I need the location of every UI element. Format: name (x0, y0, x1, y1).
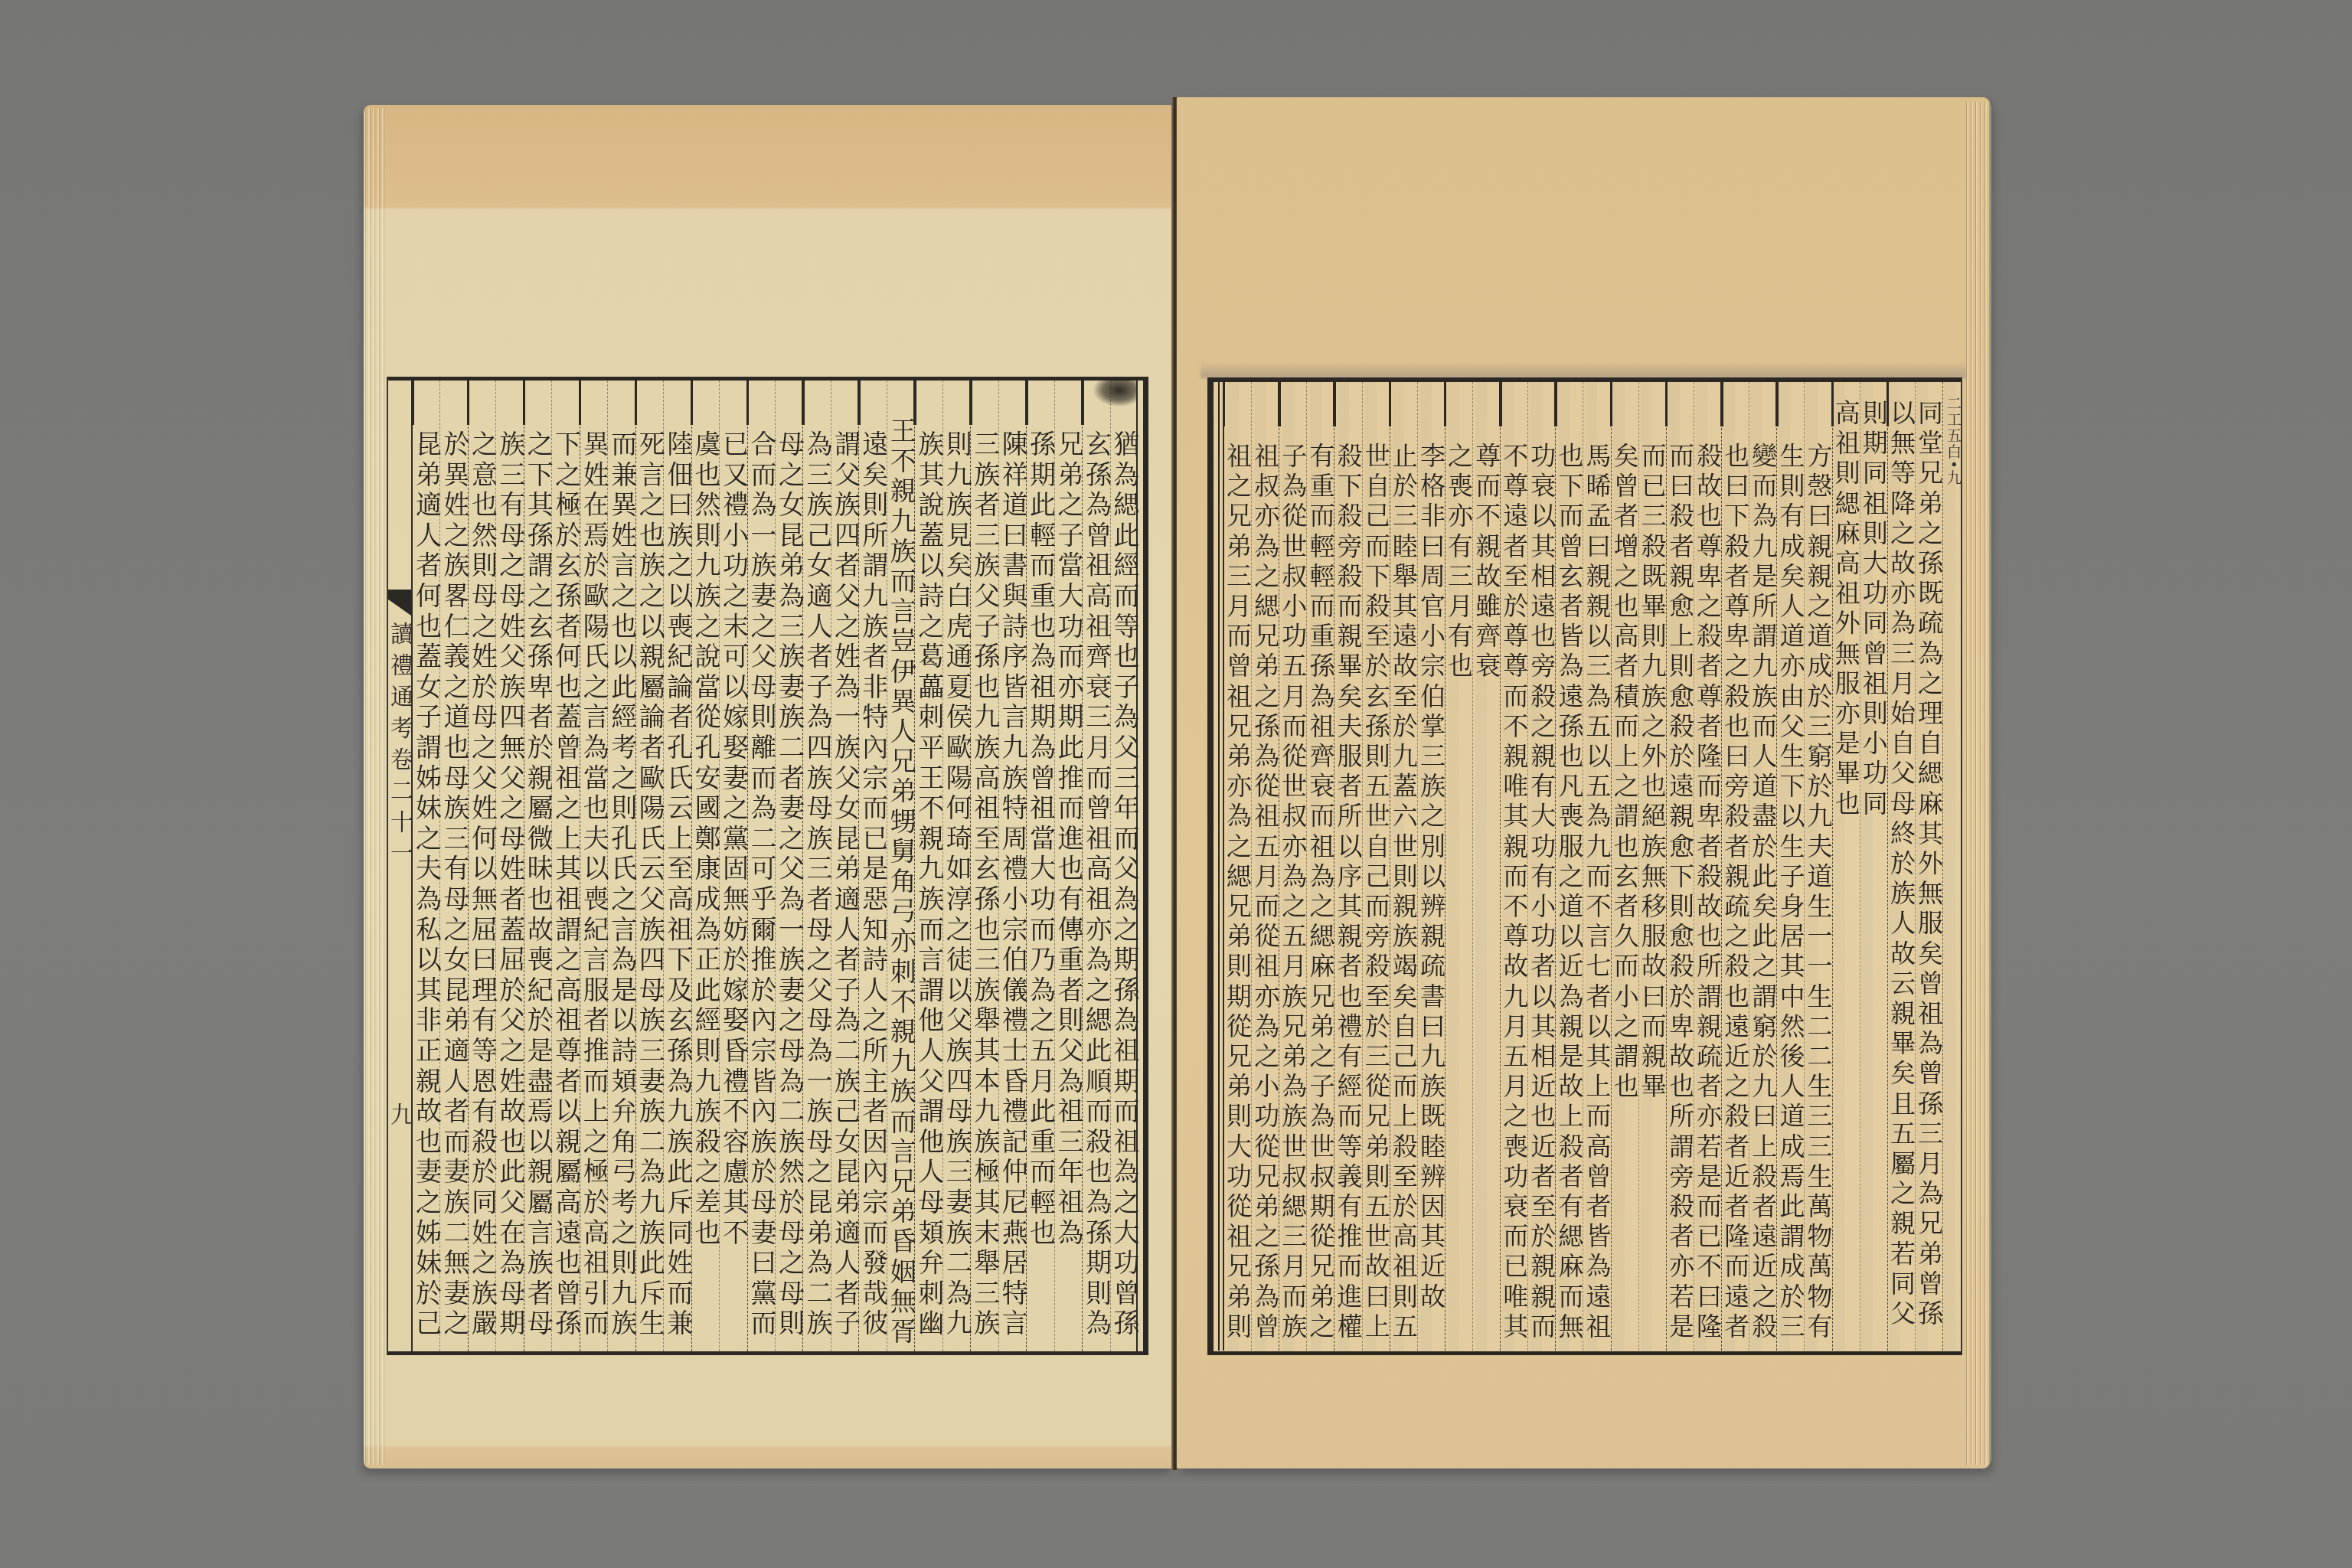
text-column: 同堂兄弟之孫既疏為之理自緦麻其外無服矣曾祖為曾孫三月為兄弟曾孫 (1915, 382, 1942, 1351)
column-pair: 尊而不親故雖齊衰 之喪亦有三月有也 (1445, 382, 1500, 1351)
column-pair: 方愨曰親親之道成於三窮於九夫道生一一生二二生三三生萬物萬物有 生則有成矣人道亦由… (1776, 382, 1831, 1351)
column-pair: 族三有母之母姓父族四無父之母姓者蓋屈於父之姓故也此父在為母期 之意也然則母之姓於… (468, 381, 524, 1351)
right-text-columns: 同堂兄弟之孫既疏為之理自緦麻其外無服矣曾祖為曾孫三月為兄弟曾孫 以無等降之故亦為… (1223, 382, 1943, 1351)
text-column: 玄孫為曾祖高祖齊衰三月而曾祖高祖亦為之緦此順而殺也為孫期則為 (1083, 381, 1109, 1351)
column-pair: 祖叔亦為之緦兄弟之孫為從祖五月而從祖亦為之小功從兄弟之孫為曾 祖之兄弟三月而曾祖… (1223, 382, 1279, 1351)
marginal-stamp-number: 二工五白•九 (1945, 396, 1962, 503)
column-pair: 馬晞孟曰親親以三為五以五為九而不言七者以其上而高曾者皆為遠祖 也下而曾玄者皆為遠… (1555, 382, 1610, 1351)
text-column: 猶為緦此經而等也子為父三年而父為之期孫為祖期而祖為之大功曾孫 (1110, 381, 1138, 1351)
text-column: 謂父族四者父之姓為一族父女昆弟適人者子為二族己女昆弟適人者子 (831, 381, 858, 1351)
text-column: 變而為九是所謂九族而人道盡於此矣此之謂窮於九曰上殺者遠近之殺 (1749, 382, 1776, 1351)
column-pair: 陸佃曰族之以喪紀論者孔氏云上至高祖下及玄孫為九族此斥同姓而兼 死言之也族之以親屬… (635, 381, 691, 1351)
text-column: 矣曾者增之也高者積而上之謂也玄者久而小之謂也 (1612, 382, 1638, 1351)
column-pair: 世自己而下殺至於玄孫則五世自己而旁殺至於三從兄弟則五世故曰上 殺下殺旁殺而親畢矣… (1334, 382, 1389, 1351)
text-column: 異姓在焉於歐陽氏之言為當也夫以喪紀言服者推而上之極於高祖引而 (580, 381, 607, 1351)
text-column: 之下其孫謂之玄孫卑者於親屬微昧也故喪紀於是盡焉以親屬言族者母 (524, 381, 551, 1351)
text-column: 不尊遠者至於尊尊而不親唯其親而不尊故九月五月之喪功衰而已唯其 (1501, 382, 1527, 1351)
text-column: 功衰以其相遠也旁殺之親有大功有小功者以其相近也近者至於親親而 (1527, 382, 1555, 1351)
text-column: 方愨曰親親之道成於三窮於九夫道生一一生二二生三三生萬物萬物有 (1804, 382, 1831, 1351)
text-column: 祖叔亦為之緦兄弟之孫為從祖五月而從祖亦為之小功從兄弟之孫為曾 (1251, 382, 1279, 1351)
column-pair: 王不親九族而言豈伊異人兄弟甥舅角弓亦刺不親九族而言兄弟昏姻無胥 遠矣則所謂九族者… (858, 381, 914, 1351)
text-column: 母之女昆弟為三族妻族二者妻之父為一族妻之母為二族然於母之母則 (775, 381, 802, 1351)
column-pair: 變而為九是所謂九族而人道盡於此矣此之謂窮於九曰上殺者遠近之殺 也曰下殺者尊卑之殺… (1721, 382, 1776, 1351)
text-column: 子為從世叔小功五月而從世叔亦為之五月族兄弟為族世叔緦三月而族 (1279, 382, 1306, 1351)
text-column: 則期同祖則大功同曾祖則小功同 (1860, 382, 1887, 1351)
leaf-number: 九 (387, 1102, 411, 1133)
column-pair: 已又禮小功之末可以嫁娶妻之黨固無妨於嫁娶昏禮不容慮其不 虞也然則九族之說當從孔安… (691, 381, 747, 1351)
text-column: 以無等降之故亦為三月始自父母終於族人故云親畢矣且五屬之親若同父 (1888, 382, 1915, 1351)
column-pair: 下之極於玄孫者何也蓋曾祖之上其祖謂之高祖尊者以親屬高遠也曾孫 之下其孫謂之玄孫卑… (524, 381, 580, 1351)
column-pair: 母之女昆弟為三族妻族二者妻之父為一族妻之母為二族然於母之母則 合而為一族妻之父母… (747, 381, 803, 1351)
column-pair: 兄弟之子當大功而亦期此推而進也有傳重者則父為祖三年祖為 孫期此輕而重也為祖期為曾… (1026, 381, 1082, 1351)
column-pair: 殺故也尊卑之殺者尊者隆而卑者殺故也所謂親疏者亦若是而已不曰隆 而曰殺者親愈上則愈… (1666, 382, 1721, 1351)
text-column: 之喪亦有三月有也 (1445, 382, 1472, 1351)
column-pair: 而兼異姓言之也以此經考之則孔氏之言為是以詩頍弁角弓考之則九族 異姓在焉於歐陽氏之… (580, 381, 635, 1351)
text-column: 虞也然則九族之說當從孔安國鄭康成為正此經則九族殺之差也 (692, 381, 719, 1351)
right-frame-inner-rule (1218, 382, 1220, 1351)
text-column: 也下而曾玄者皆為遠孫也凡喪服之道以近為親是故上殺者有緦麻而無 (1556, 382, 1583, 1351)
text-column: 有重而輕輕而重孫為祖齊衰而祖為之緦麻兄弟之子為世叔期從兄弟之 (1306, 382, 1334, 1351)
text-column: 昆弟適人者何也蓋女子謂姊妹之夫為私以其非正親故也妻之姊妹於己 (413, 381, 439, 1351)
column-pair: 同堂兄弟之孫既疏為之理自緦麻其外無服矣曾祖為曾孫三月為兄弟曾孫 以無等降之故亦為… (1887, 382, 1942, 1351)
text-column: 生則有成矣人道亦由父生下以生子身居其中然後人道成焉此謂成於三 (1777, 382, 1804, 1351)
text-column: 則九族見矣白虎通夏侯歐陽何琦如淳之徒以父族四母族三妻族二為九 (942, 381, 970, 1351)
text-column: 陳祥道曰書與詩序皆言九族特周禮小宗伯儀禮士昏禮記仲尼燕居特言 (998, 381, 1026, 1351)
text-column: 為三族己女適人者子為四族母族三者母之父母為一族母之昆弟為二族 (803, 381, 830, 1351)
column-pair: 有重而輕輕而重孫為祖齊衰而祖為之緦麻兄弟之子為世叔期從兄弟之 子為從世叔小功五月… (1279, 382, 1334, 1351)
text-column: 世自己而下殺至於玄孫則五世自己而旁殺至於三從兄弟則五世故曰上 (1362, 382, 1390, 1351)
text-column: 族其說蓋以詩之葛藟刺平王不親九族而言謂他人父謂他人母頍弁刺幽 (915, 381, 942, 1351)
text-column: 殺故也尊卑之殺者尊者隆而卑者殺故也所謂親疏者亦若是而已不曰隆 (1694, 382, 1721, 1351)
right-page-edge-stack (1964, 102, 1991, 1465)
text-column: 三族者三族父子孫也九族高祖至玄孫也三族舉其本九族極其末舉三族 (971, 381, 998, 1351)
text-column: 而兼異姓言之也以此經考之則孔氏之言為是以詩頍弁角弓考之則九族 (607, 381, 635, 1351)
column-pair: 猶為緦此經而等也子為父三年而父為之期孫為祖期而祖為之大功曾孫 玄孫為曾祖高祖齊衰… (1082, 381, 1138, 1351)
column-pair: 則九族見矣白虎通夏侯歐陽何琦如淳之徒以父族四母族三妻族二為九 族其說蓋以詩之葛藟… (914, 381, 970, 1351)
text-column: 合而為一族妻之父母則離而為二可乎爾推於內宗皆內族於母妻曰黨而 (748, 381, 775, 1351)
text-column: 之意也然則母之姓於母之父姓何以無屈曰理有等恩有殺於同姓之族嚴 (469, 381, 495, 1351)
column-pair: 李格非曰周官小宗伯掌三族之別以辨親疏書曰九族既睦辨因其近故 止於三睦舉其遠故至於… (1390, 382, 1445, 1351)
text-column: 王不親九族而言豈伊異人兄弟甥舅角弓亦刺不親九族而言兄弟昏姻無胥 (887, 381, 914, 1351)
text-column: 尊而不親故雖齊衰 (1472, 382, 1500, 1351)
text-column: 而已三殺既畢則九族之外也絕族無移服故曰而親畢 (1638, 382, 1666, 1351)
column-pair: 謂父族四者父之姓為一族父女昆弟適人者子為二族己女昆弟適人者子 為三族己女適人者子… (802, 381, 858, 1351)
text-column: 而曰殺者親愈上則愈殺於遠親愈下則愈殺於卑故也所謂旁殺者亦若是 (1667, 382, 1694, 1351)
bleed-through-stain (1200, 361, 1966, 378)
column-pair: 陳祥道曰書與詩序皆言九族特周禮小宗伯儀禮士昏禮記仲尼燕居特言 三族者三族父子孫也… (970, 381, 1026, 1351)
left-text-columns: 猶為緦此經而等也子為父三年而父為之期孫為祖期而祖為之大功曾孫 玄孫為曾祖高祖齊衰… (411, 381, 1138, 1351)
text-column: 孫期此輕而重也為祖期為曾祖當大功而乃為之五月此重而輕也 (1027, 381, 1053, 1351)
text-column: 高祖則緦麻高祖外無服亦是畢也 (1833, 382, 1860, 1351)
column-pair: 功衰以其相遠也旁殺之親有大功有小功者以其相近也近者至於親親而 不尊遠者至於尊尊而… (1500, 382, 1555, 1351)
text-column: 下之極於玄孫者何也蓋曾祖之上其祖謂之高祖尊者以親屬高遠也曾孫 (551, 381, 579, 1351)
text-column: 族三有母之母姓父族四無父之母姓者蓋屈於父之姓故也此父在為母期 (495, 381, 523, 1351)
column-pair: 則期同祖則大功同曾祖則小功同 高祖則緦麻高祖外無服亦是畢也 (1832, 382, 1887, 1351)
text-column: 陸佃曰族之以喪紀論者孔氏云上至高祖下及玄孫為九族此斥同姓而兼 (663, 381, 691, 1351)
column-pair: 於異姓之族畧仁義之道也母族三有母之女昆弟適人者而妻族二無妻之 昆弟適人者何也蓋女… (411, 381, 468, 1351)
text-column: 於異姓之族畧仁義之道也母族三有母之女昆弟適人者而妻族二無妻之 (439, 381, 467, 1351)
text-column: 兄弟之子當大功而亦期此推而進也有傳重者則父為祖三年祖為 (1054, 381, 1082, 1351)
left-page-edge-stack (364, 108, 385, 1465)
spine-title: 讀禮通考卷二十一 (387, 622, 411, 928)
text-column: 止於三睦舉其遠故至於九蓋六世則親族竭矣自己而上殺至於高祖則五 (1390, 382, 1417, 1351)
text-column: 祖之兄弟三月而曾祖兄弟亦為之緦兄弟則期從兄弟則大功從祖兄弟則 (1224, 382, 1251, 1351)
text-column: 已又禮小功之末可以嫁娶妻之黨固無妨於嫁娶昏禮不容慮其不 (719, 381, 746, 1351)
text-column: 馬晞孟曰親親以三為五以五為九而不言七者以其上而高曾者皆為遠祖 (1583, 382, 1610, 1351)
text-column: 李格非曰周官小宗伯掌三族之別以辨親疏書曰九族既睦辨因其近故 (1417, 382, 1445, 1351)
text-column: 殺下殺旁殺而親畢矣夫服者所以序其親者也禮有經而等義有推而進權 (1334, 382, 1361, 1351)
text-column: 也曰下殺者尊卑之殺也曰旁殺者親疏之殺也遠近之殺者近者隆而遠者 (1722, 382, 1749, 1351)
text-column: 遠矣則所謂九族者非特內宗而已是惡知詩人之所主者因內宗而發哉彼 (859, 381, 886, 1351)
column-pair: 而已三殺既畢則九族之外也絕族無移服故曰而親畢 矣曾者增之也高者積而上之謂也玄者久… (1611, 382, 1666, 1351)
text-column: 死言之也族之以親屬論者歐陽氏云父族四母族三妻族二為九族此斥生 (636, 381, 663, 1351)
